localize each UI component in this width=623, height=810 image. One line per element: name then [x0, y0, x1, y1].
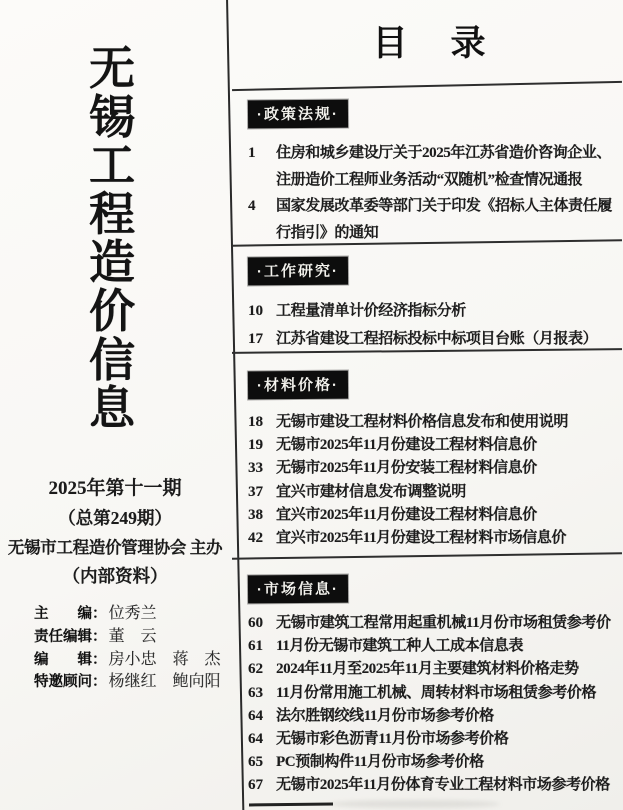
editor-role-label: 责任编辑：: [34, 626, 107, 649]
section-item-list: 10 工程量清单计价经济指标分析 17 江苏省建设工程招标投标中标项目台账（月报…: [248, 298, 618, 353]
toc-item-page-number: 67: [248, 774, 276, 797]
toc-item-page-number: 10: [248, 298, 276, 326]
toc-item-page-number: 19: [248, 434, 276, 457]
toc-item: 62 2024年11月至2025年11月主要建筑材料价格走势: [248, 658, 618, 681]
journal-title-char: 锡: [89, 90, 135, 144]
section-material-prices: ·材料价格· 18 无锡市建设工程材料价格信息发布和使用说明 19 无锡市202…: [248, 371, 618, 550]
toc-item: 64 无锡市彩色沥青11月份市场参考价格: [248, 728, 618, 751]
editors-block: 主 编： 位秀兰 责任编辑： 董 云 编 辑： 房小忠 蒋 杰 特邀顾问： 杨继…: [34, 603, 236, 694]
section-item-list: 1 住房和城乡建设厅关于2025年江苏省造价咨询企业、注册造价工程师业务活动“双…: [248, 140, 618, 246]
section-label: ·政策法规·: [248, 100, 348, 129]
toc-item: 19 无锡市2025年11月份建设工程材料信息价: [248, 434, 618, 457]
journal-title-char: 信: [89, 333, 135, 387]
toc-item-page-number: 64: [248, 728, 276, 751]
editor-names: 房小忠 蒋 杰: [109, 649, 221, 672]
toc-item: 37 宜兴市建材信息发布调整说明: [248, 481, 618, 504]
scanned-toc-page: 无 锡 工 程 造 价 信 息 2025年第十一期 （总第249期） 无锡市工程…: [0, 0, 623, 810]
editor-row-responsible: 责任编辑： 董 云: [34, 626, 236, 649]
journal-title-char: 造: [89, 235, 135, 289]
journal-title-vertical: 无 锡 工 程 造 价 信 息: [80, 44, 144, 433]
toc-item-title: 工程量清单计价经济指标分析: [276, 298, 618, 326]
journal-title-char: 无: [89, 41, 135, 95]
toc-item-page-number: 64: [248, 705, 276, 728]
toc-item-page-number: 62: [248, 658, 276, 681]
toc-item-page-number: 37: [248, 481, 276, 504]
toc-item-title: 无锡市2025年11月份安装工程材料信息价: [276, 457, 618, 480]
toc-item-title: 法尔胜钢绞线11月份市场参考价格: [276, 705, 618, 728]
organizer-line: 无锡市工程造价管理协会 主办: [0, 533, 230, 562]
toc-item-title: 无锡市建筑工程常用起重机械11月份市场租赁参考价: [276, 612, 618, 635]
toc-item: 4 国家发展改革委等部门关于印发《招标人主体责任履行指引》的通知: [248, 193, 618, 246]
toc-item: 65 PC预制构件11月份市场参考价格: [248, 751, 618, 774]
toc-item-page-number: 33: [248, 457, 276, 480]
toc-item-title: 宜兴市建材信息发布调整说明: [276, 481, 618, 504]
toc-item-page-number: 4: [248, 193, 276, 246]
toc-item-title: 11月份常用施工机械、周转材料市场租赁参考价格: [276, 682, 618, 705]
editor-names: 杨继红 鲍向阳: [109, 671, 221, 694]
issue-number: 2025年第十一期: [0, 474, 230, 504]
toc-item-title: 无锡市建设工程材料价格信息发布和使用说明: [276, 411, 618, 434]
toc-item-title: 宜兴市2025年11月份建设工程材料市场信息价: [276, 527, 618, 550]
journal-title-char: 工: [89, 138, 135, 192]
toc-item: 61 11月份无锡市建筑工种人工成本信息表: [248, 635, 618, 658]
section-label: ·材料价格·: [248, 371, 348, 400]
toc-item-title: 2024年11月至2025年11月主要建筑材料价格走势: [276, 658, 618, 681]
toc-item: 42 宜兴市2025年11月份建设工程材料市场信息价: [248, 527, 618, 550]
editor-names: 位秀兰: [109, 603, 157, 626]
editor-role-label: 特邀顾问：: [34, 671, 107, 694]
editor-role-label: 编 辑：: [34, 649, 107, 672]
toc-item-page-number: 65: [248, 751, 276, 774]
scan-smudge: [330, 800, 500, 808]
section-divider-line: [232, 552, 622, 559]
issue-total-number: （总第249期）: [0, 504, 230, 533]
toc-item-page-number: 63: [248, 682, 276, 705]
toc-item: 67 无锡市2025年11月份体育专业工程材料市场参考价格: [248, 774, 618, 797]
toc-item-title: 住房和城乡建设厅关于2025年江苏省造价咨询企业、注册造价工程师业务活动“双随机…: [276, 140, 618, 193]
section-policy-regulations: ·政策法规· 1 住房和城乡建设厅关于2025年江苏省造价咨询企业、注册造价工程…: [248, 100, 618, 246]
toc-item: 18 无锡市建设工程材料价格信息发布和使用说明: [248, 411, 618, 434]
toc-item-title: 无锡市2025年11月份建设工程材料信息价: [276, 434, 618, 457]
toc-item: 33 无锡市2025年11月份安装工程材料信息价: [248, 457, 618, 480]
editor-row-editors: 编 辑： 房小忠 蒋 杰: [34, 649, 236, 672]
section-item-list: 60 无锡市建筑工程常用起重机械11月份市场租赁参考价 61 11月份无锡市建筑…: [248, 612, 618, 798]
toc-item-title: PC预制构件11月份市场参考价格: [276, 751, 618, 774]
section-label: ·工作研究·: [248, 257, 348, 286]
toc-item-page-number: 42: [248, 527, 276, 550]
journal-title-char: 息: [89, 381, 135, 435]
toc-item-title: 无锡市彩色沥青11月份市场参考价格: [276, 728, 618, 751]
toc-title-underline: [232, 81, 622, 91]
toc-item-page-number: 61: [248, 635, 276, 658]
editor-row-chief: 主 编： 位秀兰: [34, 603, 236, 626]
section-work-research: ·工作研究· 10 工程量清单计价经济指标分析 17 江苏省建设工程招标投标中标…: [248, 257, 618, 353]
journal-title-char: 价: [89, 284, 135, 338]
toc-item: 64 法尔胜钢绞线11月份市场参考价格: [248, 705, 618, 728]
toc-item-page-number: 1: [248, 140, 276, 193]
section-label: ·市场信息·: [248, 575, 348, 604]
internal-material-note: （内部资料）: [0, 562, 230, 591]
toc-item: 17 江苏省建设工程招标投标中标项目台账（月报表）: [248, 326, 618, 354]
toc-item: 60 无锡市建筑工程常用起重机械11月份市场租赁参考价: [248, 612, 618, 635]
editor-row-advisors: 特邀顾问： 杨继红 鲍向阳: [34, 671, 236, 694]
toc-item-page-number: 17: [248, 326, 276, 354]
toc-item-page-number: 38: [248, 504, 276, 527]
toc-item-page-number: 18: [248, 411, 276, 434]
toc-item: 10 工程量清单计价经济指标分析: [248, 298, 618, 326]
toc-title: 目 录: [245, 16, 617, 66]
issue-info-block: 2025年第十一期 （总第249期） 无锡市工程造价管理协会 主办 （内部资料）: [0, 474, 230, 591]
page-bottom-line-fragment: [249, 803, 333, 807]
toc-item-title: 宜兴市2025年11月份建设工程材料信息价: [276, 504, 618, 527]
toc-item: 63 11月份常用施工机械、周转材料市场租赁参考价格: [248, 682, 618, 705]
journal-title-char: 程: [89, 187, 135, 241]
section-market-information: ·市场信息· 60 无锡市建筑工程常用起重机械11月份市场租赁参考价 61 11…: [248, 575, 618, 798]
toc-item-title: 无锡市2025年11月份体育专业工程材料市场参考价格: [276, 774, 618, 797]
toc-item-title: 11月份无锡市建筑工种人工成本信息表: [276, 635, 618, 658]
toc-item: 1 住房和城乡建设厅关于2025年江苏省造价咨询企业、注册造价工程师业务活动“双…: [248, 140, 618, 193]
toc-item-title: 江苏省建设工程招标投标中标项目台账（月报表）: [276, 326, 618, 354]
editor-names: 董 云: [109, 626, 157, 649]
section-item-list: 18 无锡市建设工程材料价格信息发布和使用说明 19 无锡市2025年11月份建…: [248, 411, 618, 550]
toc-item-title: 国家发展改革委等部门关于印发《招标人主体责任履行指引》的通知: [276, 193, 618, 246]
toc-item: 38 宜兴市2025年11月份建设工程材料信息价: [248, 504, 618, 527]
editor-role-label: 主 编：: [34, 603, 107, 626]
toc-item-page-number: 60: [248, 612, 276, 635]
